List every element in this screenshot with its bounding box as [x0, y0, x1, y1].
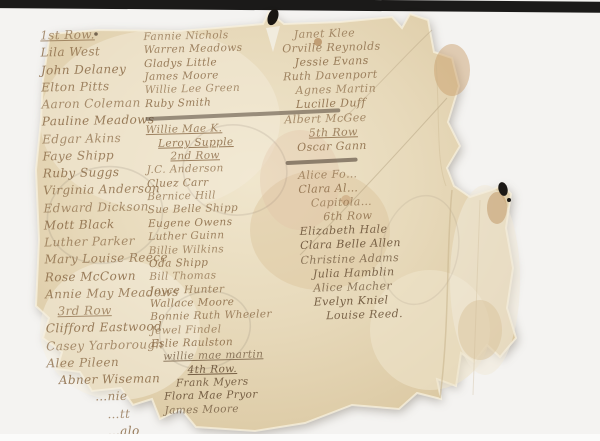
photograph-of-document: 1st Row.Lila WestJohn DelaneyElton Pitts…	[0, 0, 600, 441]
column-right: Janet KleeOrville ReynoldsJessie EvansRu…	[282, 24, 451, 325]
photo-bottom-edge	[0, 434, 600, 441]
pencil-scratch-mark	[286, 158, 358, 165]
handwritten-line: James Moore	[152, 400, 322, 417]
handwritten-name-list: 1st Row.Lila WestJohn DelaneyElton Pitts…	[0, 0, 600, 441]
